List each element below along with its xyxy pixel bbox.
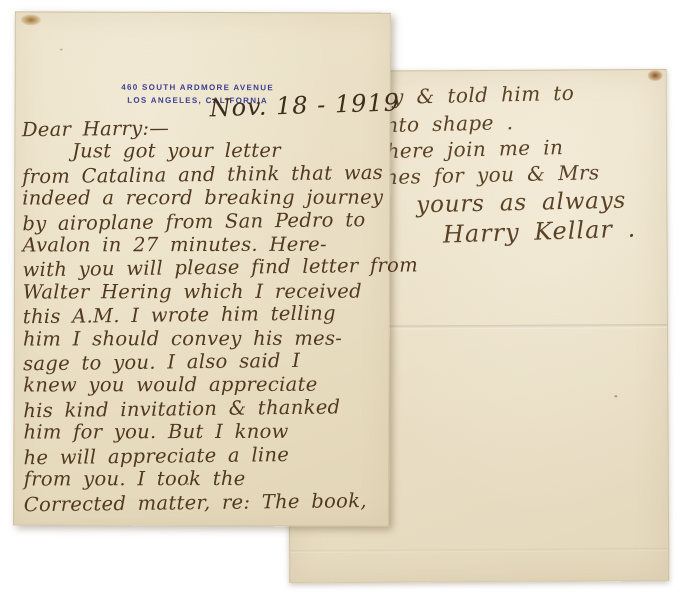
handwriting-fragment: l here join me in	[367, 135, 564, 163]
page1-handwriting: Dear Harry:— Just got your letter from C…	[22, 115, 392, 515]
letter-scan: ray & told him to into shape . l here jo…	[0, 0, 685, 600]
handwriting-line: from you. I took the	[24, 467, 392, 491]
signature: Harry Kellar .	[442, 215, 636, 249]
handwriting-line: Just got your letter	[22, 139, 390, 163]
handwriting-line: sage to you. I also said I	[23, 348, 391, 376]
handwriting-fragment: ishes for you & Mrs	[367, 160, 600, 189]
handwriting-line: knew you would appreciate	[23, 373, 391, 397]
speck	[60, 49, 63, 51]
handwriting-line: Walter Hering which I received	[23, 279, 391, 303]
handwriting-fragment: ray & told him to	[370, 81, 575, 110]
handwriting-line: Avalon in 27 minutes. Here-	[22, 233, 390, 257]
handwriting-line: his kind invitation & thanked	[23, 395, 391, 423]
handwriting-line: Corrected matter, re: The book,	[24, 488, 392, 516]
salutation: Dear Harry:—	[22, 114, 390, 142]
stain	[21, 14, 41, 25]
handwriting-line: indeed a record breaking journey	[22, 186, 390, 210]
handwriting-line: by airoplane from San Pedro to	[22, 207, 390, 235]
handwriting-line: with you will please find letter from	[22, 254, 390, 282]
handwriting-line: him for you. But I know	[23, 420, 391, 444]
handwriting-line: he will appreciate a line	[23, 441, 391, 469]
letter-page-front: 460 SOUTH ARDMORE AVENUE LOS ANGELES, CA…	[13, 11, 391, 526]
handwriting-line: from Catalina and think that was	[22, 161, 390, 189]
closing-line: yours as always	[416, 188, 626, 219]
handwriting-line: this A.M. I wrote him telling	[23, 301, 391, 329]
handwriting-line: him I should convey his mes-	[23, 326, 391, 350]
